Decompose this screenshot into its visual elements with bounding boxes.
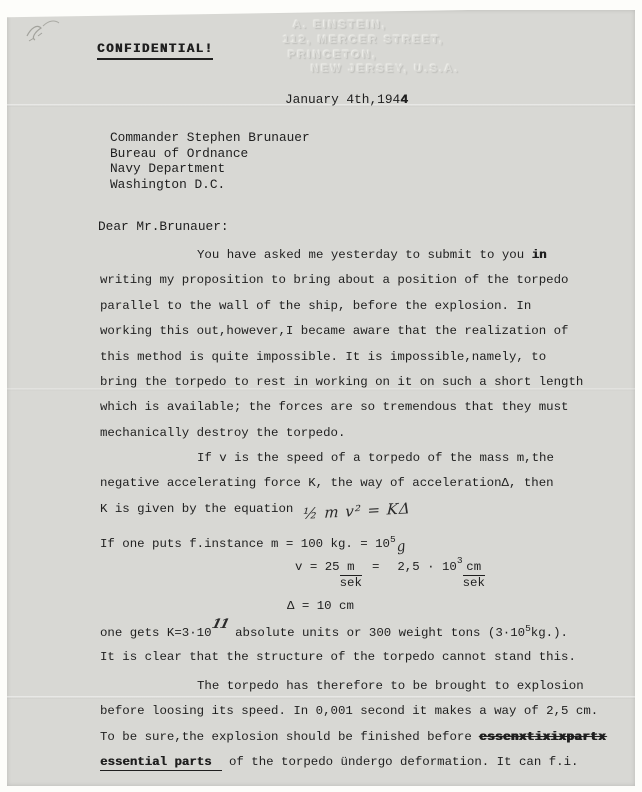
equals-sign: = xyxy=(372,560,379,574)
overstruck-word: in xyxy=(532,248,547,262)
scanned-letter-page: { "stamp": { "confidential": "CONFIDENTI… xyxy=(0,0,642,792)
formula-text: 2,5 · 10 xyxy=(397,560,457,574)
letterhead-street: 112, MERCER STREET, xyxy=(283,33,460,48)
body-text: To be sure,the explosion should be finis… xyxy=(100,730,479,744)
body-line: negative accelerating force K, the way o… xyxy=(100,471,625,496)
handwritten-g: g xyxy=(395,538,406,555)
body-line: before loosing its speed. In 0,001 secon… xyxy=(100,699,625,724)
fraction-numerator: cm xyxy=(463,560,485,576)
body-line: You have asked me yesterday to submit to… xyxy=(100,243,625,268)
body-line: It is clear that the structure of the to… xyxy=(100,650,576,664)
letterhead-state: NEW JERSEY, U.S.A. xyxy=(311,62,460,77)
underlined-text: essential parts xyxy=(100,755,222,771)
handwritten-exponent: 11 xyxy=(210,617,230,632)
body-line: writing my proposition to bring about a … xyxy=(100,268,625,293)
fraction-denominator: sek xyxy=(340,576,362,590)
body-line: which is available; the forces are so tr… xyxy=(100,395,625,420)
salutation: Dear Mr.Brunauer: xyxy=(98,219,229,234)
formula-mass-line: If one puts f.instance m = 100 kg. = 105… xyxy=(100,535,405,551)
formula-velocity-line: v = 25msek=2,5 · 103cmsek xyxy=(295,560,485,590)
body-text: You have asked me yesterday to submit to… xyxy=(197,248,532,262)
date-line: January 4th,1944 xyxy=(285,92,408,107)
confidential-stamp: CONFIDENTIAL! xyxy=(97,42,213,60)
body-line: working this out,however,I became aware … xyxy=(100,319,625,344)
formula-delta-line: Δ = 10 cm xyxy=(287,599,354,613)
formula-text: kg.). xyxy=(531,626,568,640)
fraction-denominator: sek xyxy=(463,576,485,590)
formula-text: If one puts f.instance m = 100 kg. = 10 xyxy=(100,537,390,551)
letter-paper: CONFIDENTIAL! A. EINSTEIN, 112, MERCER S… xyxy=(7,10,635,786)
paper-top-edge xyxy=(0,0,642,17)
embossed-letterhead: A. EINSTEIN, 112, MERCER STREET, PRINCET… xyxy=(283,18,460,77)
body-line: parallel to the wall of the ship, before… xyxy=(100,294,625,319)
superscript: 5 xyxy=(525,623,531,634)
formula-text: one gets K=3·10 xyxy=(100,626,212,640)
pencil-scribble xyxy=(21,14,77,48)
body-text: of the torpedo ündergo deformation. It c… xyxy=(222,755,579,769)
recipient-city: Washington D.C. xyxy=(110,177,310,193)
body-line: mechanically destroy the torpedo. xyxy=(100,421,625,446)
fraction-cm-per-sek: cmsek xyxy=(463,560,485,590)
fraction-m-per-sek: msek xyxy=(340,560,362,590)
formula-text: absolute units or 300 weight tons (3·10 xyxy=(228,626,525,640)
letterhead-city: PRINCETON, xyxy=(288,48,460,63)
letterhead-name: A. EINSTEIN, xyxy=(293,18,460,33)
body-line: bring the torpedo to rest in working on … xyxy=(100,370,625,395)
body-line: To be sure,the explosion should be finis… xyxy=(100,725,625,750)
recipient-address-block: Commander Stephen Brunauer Bureau of Ord… xyxy=(110,130,310,192)
fraction-numerator: m xyxy=(340,560,362,576)
paragraph-3: The torpedo has therefore to be brought … xyxy=(100,674,625,776)
body-line: If v is the speed of a torpedo of the ma… xyxy=(100,446,625,471)
date-overstruck-digit: 4 xyxy=(400,92,408,107)
formula-text: v = 25 xyxy=(295,560,340,574)
recipient-bureau: Bureau of Ordnance xyxy=(110,146,310,162)
recipient-department: Navy Department xyxy=(110,161,310,177)
recipient-name: Commander Stephen Brunauer xyxy=(110,130,310,146)
body-line: this method is quite impossible. It is i… xyxy=(100,345,625,370)
struck-out-text: essenxtixixpartx xyxy=(479,730,606,744)
result-line: one gets K=3·1011 absolute units or 300 … xyxy=(100,625,568,640)
superscript: 3 xyxy=(457,555,463,566)
body-line: essential parts of the torpedo ündergo d… xyxy=(100,750,625,775)
date-text: January 4th,194 xyxy=(285,92,400,107)
body-line: The torpedo has therefore to be brought … xyxy=(100,674,625,699)
paragraph-1: You have asked me yesterday to submit to… xyxy=(100,243,625,446)
